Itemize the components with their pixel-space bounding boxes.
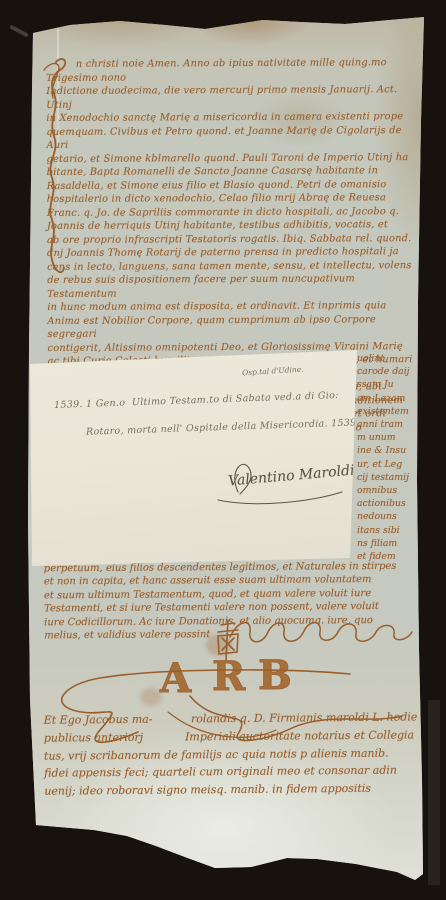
manuscript-line-fragments-beside-slip: uolint carode daij ssam Ju am Lazam exis… (357, 352, 419, 563)
notarial-closing-block: Et Ego Jacobus ma- rolandis q. D. Firmia… (44, 708, 423, 800)
monogram-letter-r: R (212, 653, 246, 700)
monogram-letter-b: B (258, 652, 292, 699)
slip-annotation-line-2: Rotaro, morta nell' Ospitale della Miser… (86, 417, 360, 438)
parchment-edge-sliver (428, 700, 440, 885)
monogram-letter-a: A (159, 655, 192, 702)
archival-paper-slip: Osp.tal d'Udine. 1539. 1 Gen.o Ultimo Te… (30, 350, 357, 566)
slip-header-note: Osp.tal d'Udine. (242, 362, 352, 378)
slip-annotation-line-1: 1539. 1 Gen.o Ultimo Testam.to di Sabata… (54, 390, 339, 411)
parchment-sheet: n christi noie Amen. Anno ab ipius nativ… (0, 0, 446, 900)
mat-scratch-mark (9, 25, 29, 38)
photograph-of-manuscript: n christi noie Amen. Anno ab ipius nativ… (0, 0, 446, 900)
